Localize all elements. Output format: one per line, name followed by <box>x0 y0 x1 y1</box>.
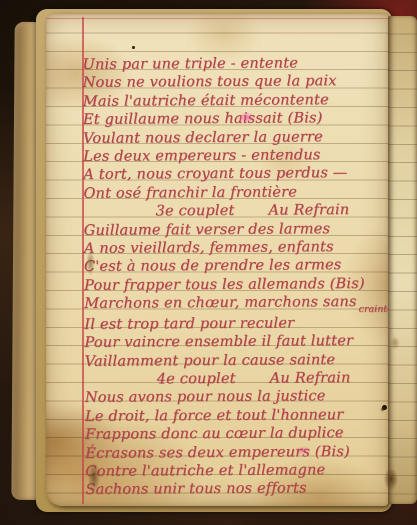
verse-line: C'est à nous de prendre les armes <box>46 256 382 277</box>
refrain-label: Au Refrain <box>268 202 349 219</box>
verse-line: A tort, nous croyant tous perdus — <box>45 164 381 185</box>
next-page-edge-strip <box>388 16 417 504</box>
verse-text: A tort, nous croyant tous perdus — <box>83 166 347 184</box>
verse-text: Marchons en chœur, marchons sans <box>84 294 357 312</box>
verse-line: Marchons en chœur, marchons sanscrainte <box>46 293 382 316</box>
verse-text: Mais l'autriche était mécontente <box>83 92 329 110</box>
verse-text: Guillaume fait verser des larmes <box>84 221 331 239</box>
paper-speck <box>132 46 135 49</box>
verse-line: Ont osé franchir la frontière <box>45 183 381 204</box>
verse-line: Frappons donc au cœur la duplice <box>47 424 383 445</box>
couplet-heading: 3e coupletAu Refrain <box>45 201 381 222</box>
verse-text: Sachons unir tous nos efforts <box>85 481 306 499</box>
verse-line: Et guillaume nous haissait (Bis) <box>45 109 381 130</box>
verse-text: Vaillamment pour la cause sainte <box>85 352 336 370</box>
verse-text: Le droit, la force et tout l'honneur <box>85 407 344 425</box>
verse-text: Pour frapper tous les allemands (Bis) <box>84 276 365 294</box>
ink-spot <box>382 405 387 410</box>
refrain-label: Au Refrain <box>270 370 351 387</box>
verse-text: Ont osé franchir la frontière <box>83 184 297 201</box>
verse-line: Nous avons pour nous la justice <box>47 387 383 408</box>
couplet-label: 3e couplet <box>155 203 234 220</box>
pink-ink-smudge <box>238 112 255 123</box>
magenta-ink-smudge <box>295 446 311 455</box>
couplet-heading: 4e coupletAu Refrain <box>47 369 383 390</box>
left-edge-stain <box>86 250 95 276</box>
verse-text: Nous avons pour nous la justice <box>85 389 326 407</box>
verse-text: Et guillaume nous haissait (Bis) <box>83 110 323 128</box>
verse-line: Unis par une triple - entente <box>44 54 380 75</box>
verse-text: C'est à nous de prendre les armes <box>84 258 342 276</box>
verse-text: Frappons donc au cœur la duplice <box>85 425 344 443</box>
left-edge-stain-lower <box>88 462 100 492</box>
top-rule-line <box>46 18 388 19</box>
verse-line: Écrasons ses deux empereurs (Bis) <box>47 442 383 463</box>
verse-text: Voulant nous declarer la guerre <box>83 129 323 147</box>
verse-line: Il est trop tard pour reculer <box>46 314 382 335</box>
verse-text: Contre l'autriche et l'allemagne <box>85 462 325 480</box>
verse-line: Les deux empereurs - entendus <box>45 146 381 167</box>
verse-line: Pour frapper tous les allemands (Bis) <box>46 275 382 296</box>
verse-line: Voulant nous declarer la guerre <box>45 127 381 148</box>
verse-text: Unis par une triple - entente <box>82 55 298 73</box>
notebook-page: Unis par une triple - ententeNous ne vou… <box>46 14 388 506</box>
verse-text: A nos vieillards, femmes, enfants <box>84 239 334 257</box>
verse-line: Mais l'autriche était mécontente <box>45 91 381 112</box>
verse-text: Nous ne voulions tous que la paix <box>83 74 337 92</box>
verse-line: Guillaume fait verser des larmes <box>46 219 382 240</box>
edge-stain-dark <box>384 468 398 490</box>
verse-line: Le droit, la force et tout l'honneur <box>47 406 383 427</box>
verse-lines: Unis par une triple - ententeNous ne vou… <box>44 54 383 500</box>
verse-line: A nos vieillards, femmes, enfants <box>46 238 382 259</box>
verse-line: Nous ne voulions tous que la paix <box>45 72 381 93</box>
verse-text: Pour vaincre ensemble il faut lutter <box>84 333 353 351</box>
verse-line: Vaillamment pour la cause sainte <box>47 350 383 371</box>
verse-line: Pour vaincre ensemble il faut lutter <box>46 332 382 353</box>
edge-stain-light <box>390 336 400 350</box>
verse-text: Il est trop tard pour reculer <box>84 315 294 332</box>
notebook-photo: { "document": { "ink_color": "#b4424d", … <box>0 0 417 525</box>
couplet-label: 4e couplet <box>157 371 236 388</box>
verse-text: Les deux empereurs - entendus <box>83 147 320 165</box>
